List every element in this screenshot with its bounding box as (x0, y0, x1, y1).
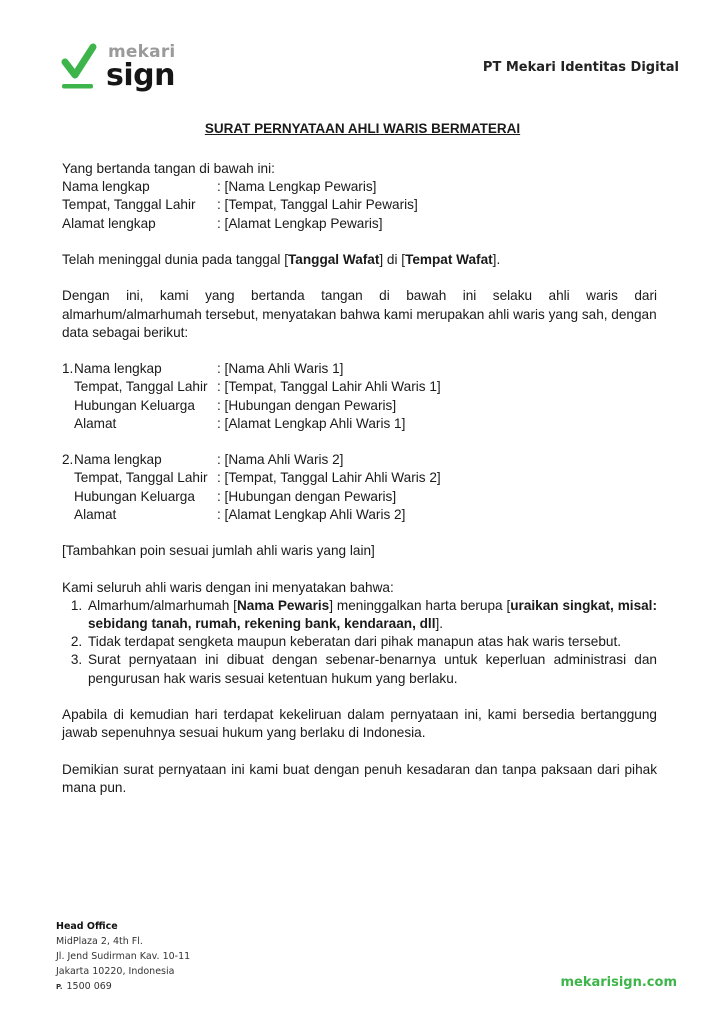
website-link[interactable]: mekarisign.com (560, 975, 677, 990)
company-name: PT Mekari Identitas Digital (483, 60, 679, 75)
statement-rest: almarhum/almarhumah tersebut, menyatakan… (62, 306, 657, 342)
deceased-field: Alamat lengkap: [Alamat Lengkap Pewaris] (62, 215, 657, 233)
declaration-list: Almarhum/almarhumah [Nama Pewaris] menin… (62, 597, 657, 688)
document-body: Yang bertanda tangan di bawah ini: Nama … (62, 160, 657, 797)
heir-1: 1.Nama lengkap: [Nama Ahli Waris 1] Temp… (62, 360, 657, 433)
head-office-address: Head Office MidPlaza 2, 4th Fl. Jl. Jend… (56, 919, 190, 995)
deceased-field: Tempat, Tanggal Lahir: [Tempat, Tanggal … (62, 196, 657, 214)
closing-paragraph: Demikian surat pernyataan ini kami buat … (62, 761, 657, 797)
logo-text-sign: sign (106, 58, 175, 93)
declaration-item: Surat pernyataan ini dibuat dengan seben… (86, 651, 657, 687)
head-office-label: Head Office (56, 919, 190, 934)
mekari-sign-logo: mekari sign (60, 42, 190, 100)
phone-label: P. (56, 983, 63, 991)
add-more-note: [Tambahkan poin sesuai jumlah ahli waris… (62, 542, 657, 560)
document-title: SURAT PERNYATAAN AHLI WARIS BERMATERAI (0, 121, 725, 136)
declaration-intro: Kami seluruh ahli waris dengan ini menya… (62, 579, 657, 597)
address-line: MidPlaza 2, 4th Fl. (56, 934, 190, 949)
death-statement: Telah meninggal dunia pada tanggal [Tang… (62, 251, 657, 269)
checkmark-icon (60, 42, 100, 92)
statement-line-1: Dengan ini, kami yang bertanda tangan di… (62, 287, 657, 305)
liability-paragraph: Apabila di kemudian hari terdapat kekeli… (62, 706, 657, 742)
heir-2: 2.Nama lengkap: [Nama Ahli Waris 2] Temp… (62, 451, 657, 524)
address-line: Jl. Jend Sudirman Kav. 10-11 (56, 949, 190, 964)
address-line: Jakarta 10220, Indonesia (56, 964, 190, 979)
intro-text: Yang bertanda tangan di bawah ini: (62, 160, 657, 178)
deceased-field: Nama lengkap: [Nama Lengkap Pewaris] (62, 178, 657, 196)
phone-line: P.1500 069 (56, 979, 190, 995)
deceased-info: Nama lengkap: [Nama Lengkap Pewaris] Tem… (62, 178, 657, 233)
declaration-item: Almarhum/almarhumah [Nama Pewaris] menin… (86, 597, 657, 633)
declaration-item: Tidak terdapat sengketa maupun keberatan… (86, 633, 657, 651)
